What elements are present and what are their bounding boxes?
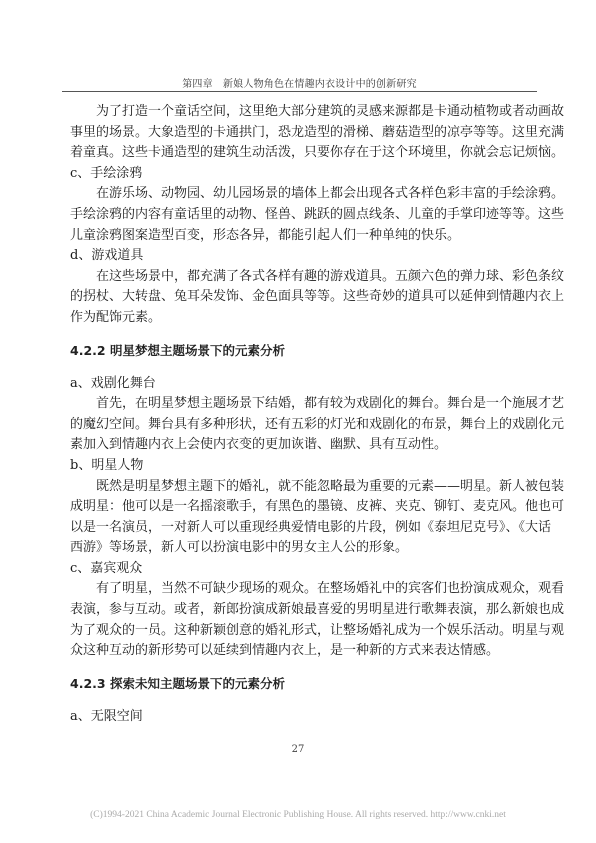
text-line: 素加入到情趣内衣上会使内衣变的更加诙谐、幽默、具有互动性。 — [70, 435, 530, 456]
text-line: 表演，参与互动。或者，新郎扮演成新娘最喜爱的男明星进行歌舞表演，那么新娘也成 — [70, 600, 530, 621]
running-header: 第四章 新娘人物角色在情趣内衣设计中的创新研究 — [62, 75, 537, 90]
page-body: 为了打造一个童话空间，这里绝大部分建筑的灵感来源都是卡通动植物或者动画故 事里的… — [70, 102, 530, 727]
item-heading-star-figure: b、明星人物 — [70, 456, 530, 477]
text-line: 儿童涂鸦图案造型百变，形态各异，都能引起人们一种单纯的快乐。 — [70, 226, 530, 247]
text-line: 有了明星，当然不可缺少现场的观众。在整场婚礼中的宾客们也扮演成观众，观看 — [70, 579, 530, 600]
text-line: 成明星：他可以是一名摇滚歌手，有黑色的墨镜、皮裤、夹克、铆钉、麦克风。他也可 — [70, 497, 530, 518]
text-line: 众这种互动的新形势可以延续到情趣内衣上，是一种新的方式来表达情感。 — [70, 641, 530, 662]
paragraph-dramatic-stage: 首先，在明星梦想主题场景下结婚，都有较为戏剧化的舞台。舞台是一个施展才艺 的魔幻… — [70, 394, 530, 456]
text-line: 为了打造一个童话空间，这里绝大部分建筑的灵感来源都是卡通动植物或者动画故 — [70, 102, 530, 123]
text-line: 在这些场景中，都充满了各式各样有趣的游戏道具。五颜六色的弹力球、彩色条纹 — [70, 267, 530, 288]
text-line: 事里的场景。大象造型的卡通拱门，恐龙造型的滑梯、蘑菇造型的凉亭等等。这里充满 — [70, 123, 530, 144]
section-heading-4-2-3: 4.2.3 探索未知主题场景下的元素分析 — [70, 674, 530, 694]
text-line: 的拐杖、大转盘、兔耳朵发饰、金色面具等等。这些奇妙的道具可以延伸到情趣内衣上 — [70, 287, 530, 308]
text-line: 既然是明星梦想主题下的婚礼，就不能忽略最为重要的元素——明星。新人被包装 — [70, 477, 530, 498]
paragraph-guest-audience: 有了明星，当然不可缺少现场的观众。在整场婚礼中的宾客们也扮演成观众，观看 表演，… — [70, 579, 530, 661]
paragraph-graffiti: 在游乐场、动物园、幼儿园场景的墙体上都会出现各式各样色彩丰富的手绘涂鸦。 手绘涂… — [70, 184, 530, 246]
header-rule — [62, 91, 537, 92]
section-heading-4-2-2: 4.2.2 明星梦想主题场景下的元素分析 — [70, 341, 530, 361]
copyright-footer: (C)1994-2021 China Academic Journal Elec… — [0, 810, 596, 820]
item-heading-hand-drawn-graffiti: c、手绘涂鸦 — [70, 164, 530, 185]
paragraph-game-props: 在这些场景中，都充满了各式各样有趣的游戏道具。五颜六色的弹力球、彩色条纹 的拐杖… — [70, 267, 530, 329]
page-number: 27 — [0, 744, 596, 755]
text-line: 作为配饰元素。 — [70, 308, 530, 329]
item-heading-infinite-space: a、无限空间 — [70, 707, 530, 728]
item-heading-game-props: d、游戏道具 — [70, 246, 530, 267]
text-line: 首先，在明星梦想主题场景下结婚，都有较为戏剧化的舞台。舞台是一个施展才艺 — [70, 394, 530, 415]
text-line: 手绘涂鸦的内容有童话里的动物、怪兽、跳跃的圆点线条、儿童的手掌印迹等等。这些 — [70, 205, 530, 226]
paragraph-fairytale-architecture: 为了打造一个童话空间，这里绝大部分建筑的灵感来源都是卡通动植物或者动画故 事里的… — [70, 102, 530, 164]
text-line: 西游》等场景，新人可以扮演电影中的男女主人公的形象。 — [70, 538, 530, 559]
text-line: 的魔幻空间。舞台具有多种形状，还有五彩的灯光和戏剧化的布景，舞台上的戏剧化元 — [70, 415, 530, 436]
paragraph-star-figure: 既然是明星梦想主题下的婚礼，就不能忽略最为重要的元素——明星。新人被包装 成明星… — [70, 477, 530, 559]
item-heading-dramatic-stage: a、戏剧化舞台 — [70, 374, 530, 395]
text-line: 以是一名演员，一对新人可以重现经典爱情电影的片段，例如《泰坦尼克号》、《大话 — [70, 518, 530, 539]
text-line: 在游乐场、动物园、幼儿园场景的墙体上都会出现各式各样色彩丰富的手绘涂鸦。 — [70, 184, 530, 205]
item-heading-guest-audience: c、嘉宾观众 — [70, 559, 530, 580]
text-line: 着童真。这些卡通造型的建筑生动活泼，只要你存在于这个环境里，你就会忘记烦恼。 — [70, 143, 530, 164]
text-line: 为了观众的一员。这种新颖创意的婚礼形式，让整场婚礼成为一个娱乐活动。明星与观 — [70, 621, 530, 642]
